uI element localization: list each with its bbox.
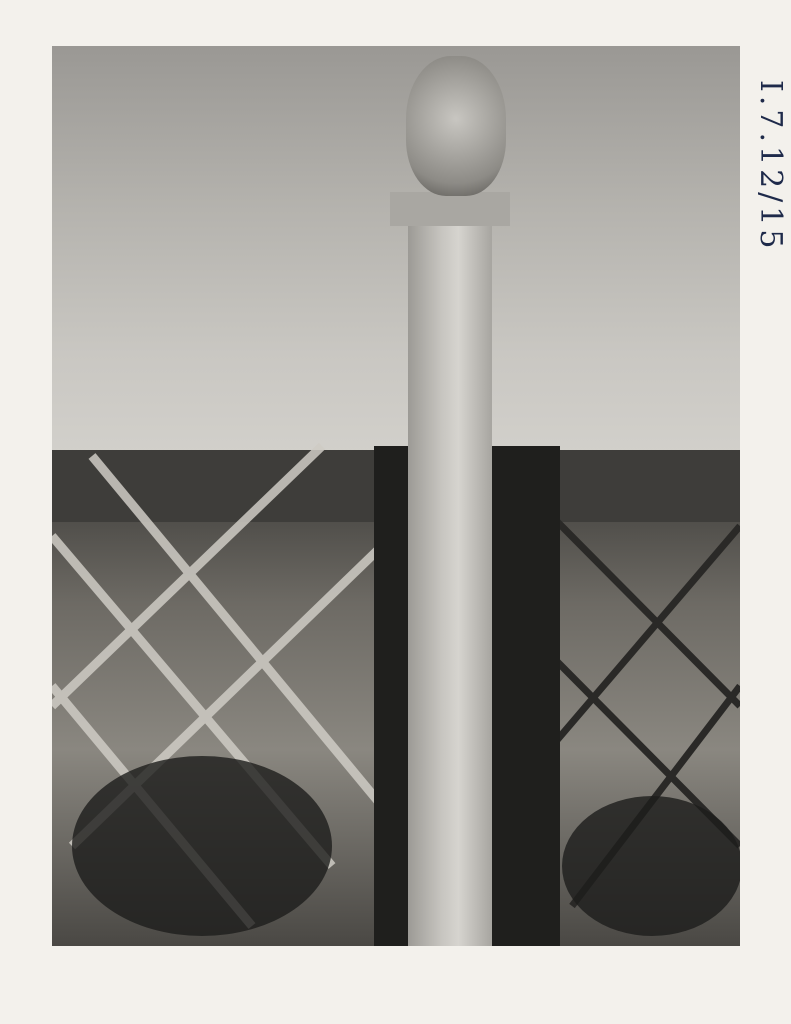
herm-pillar bbox=[408, 222, 492, 946]
carved-head bbox=[406, 56, 506, 196]
photograph bbox=[52, 46, 740, 946]
herm-capital bbox=[390, 192, 510, 226]
handwritten-annotation: I.7.12/15 bbox=[738, 80, 788, 320]
